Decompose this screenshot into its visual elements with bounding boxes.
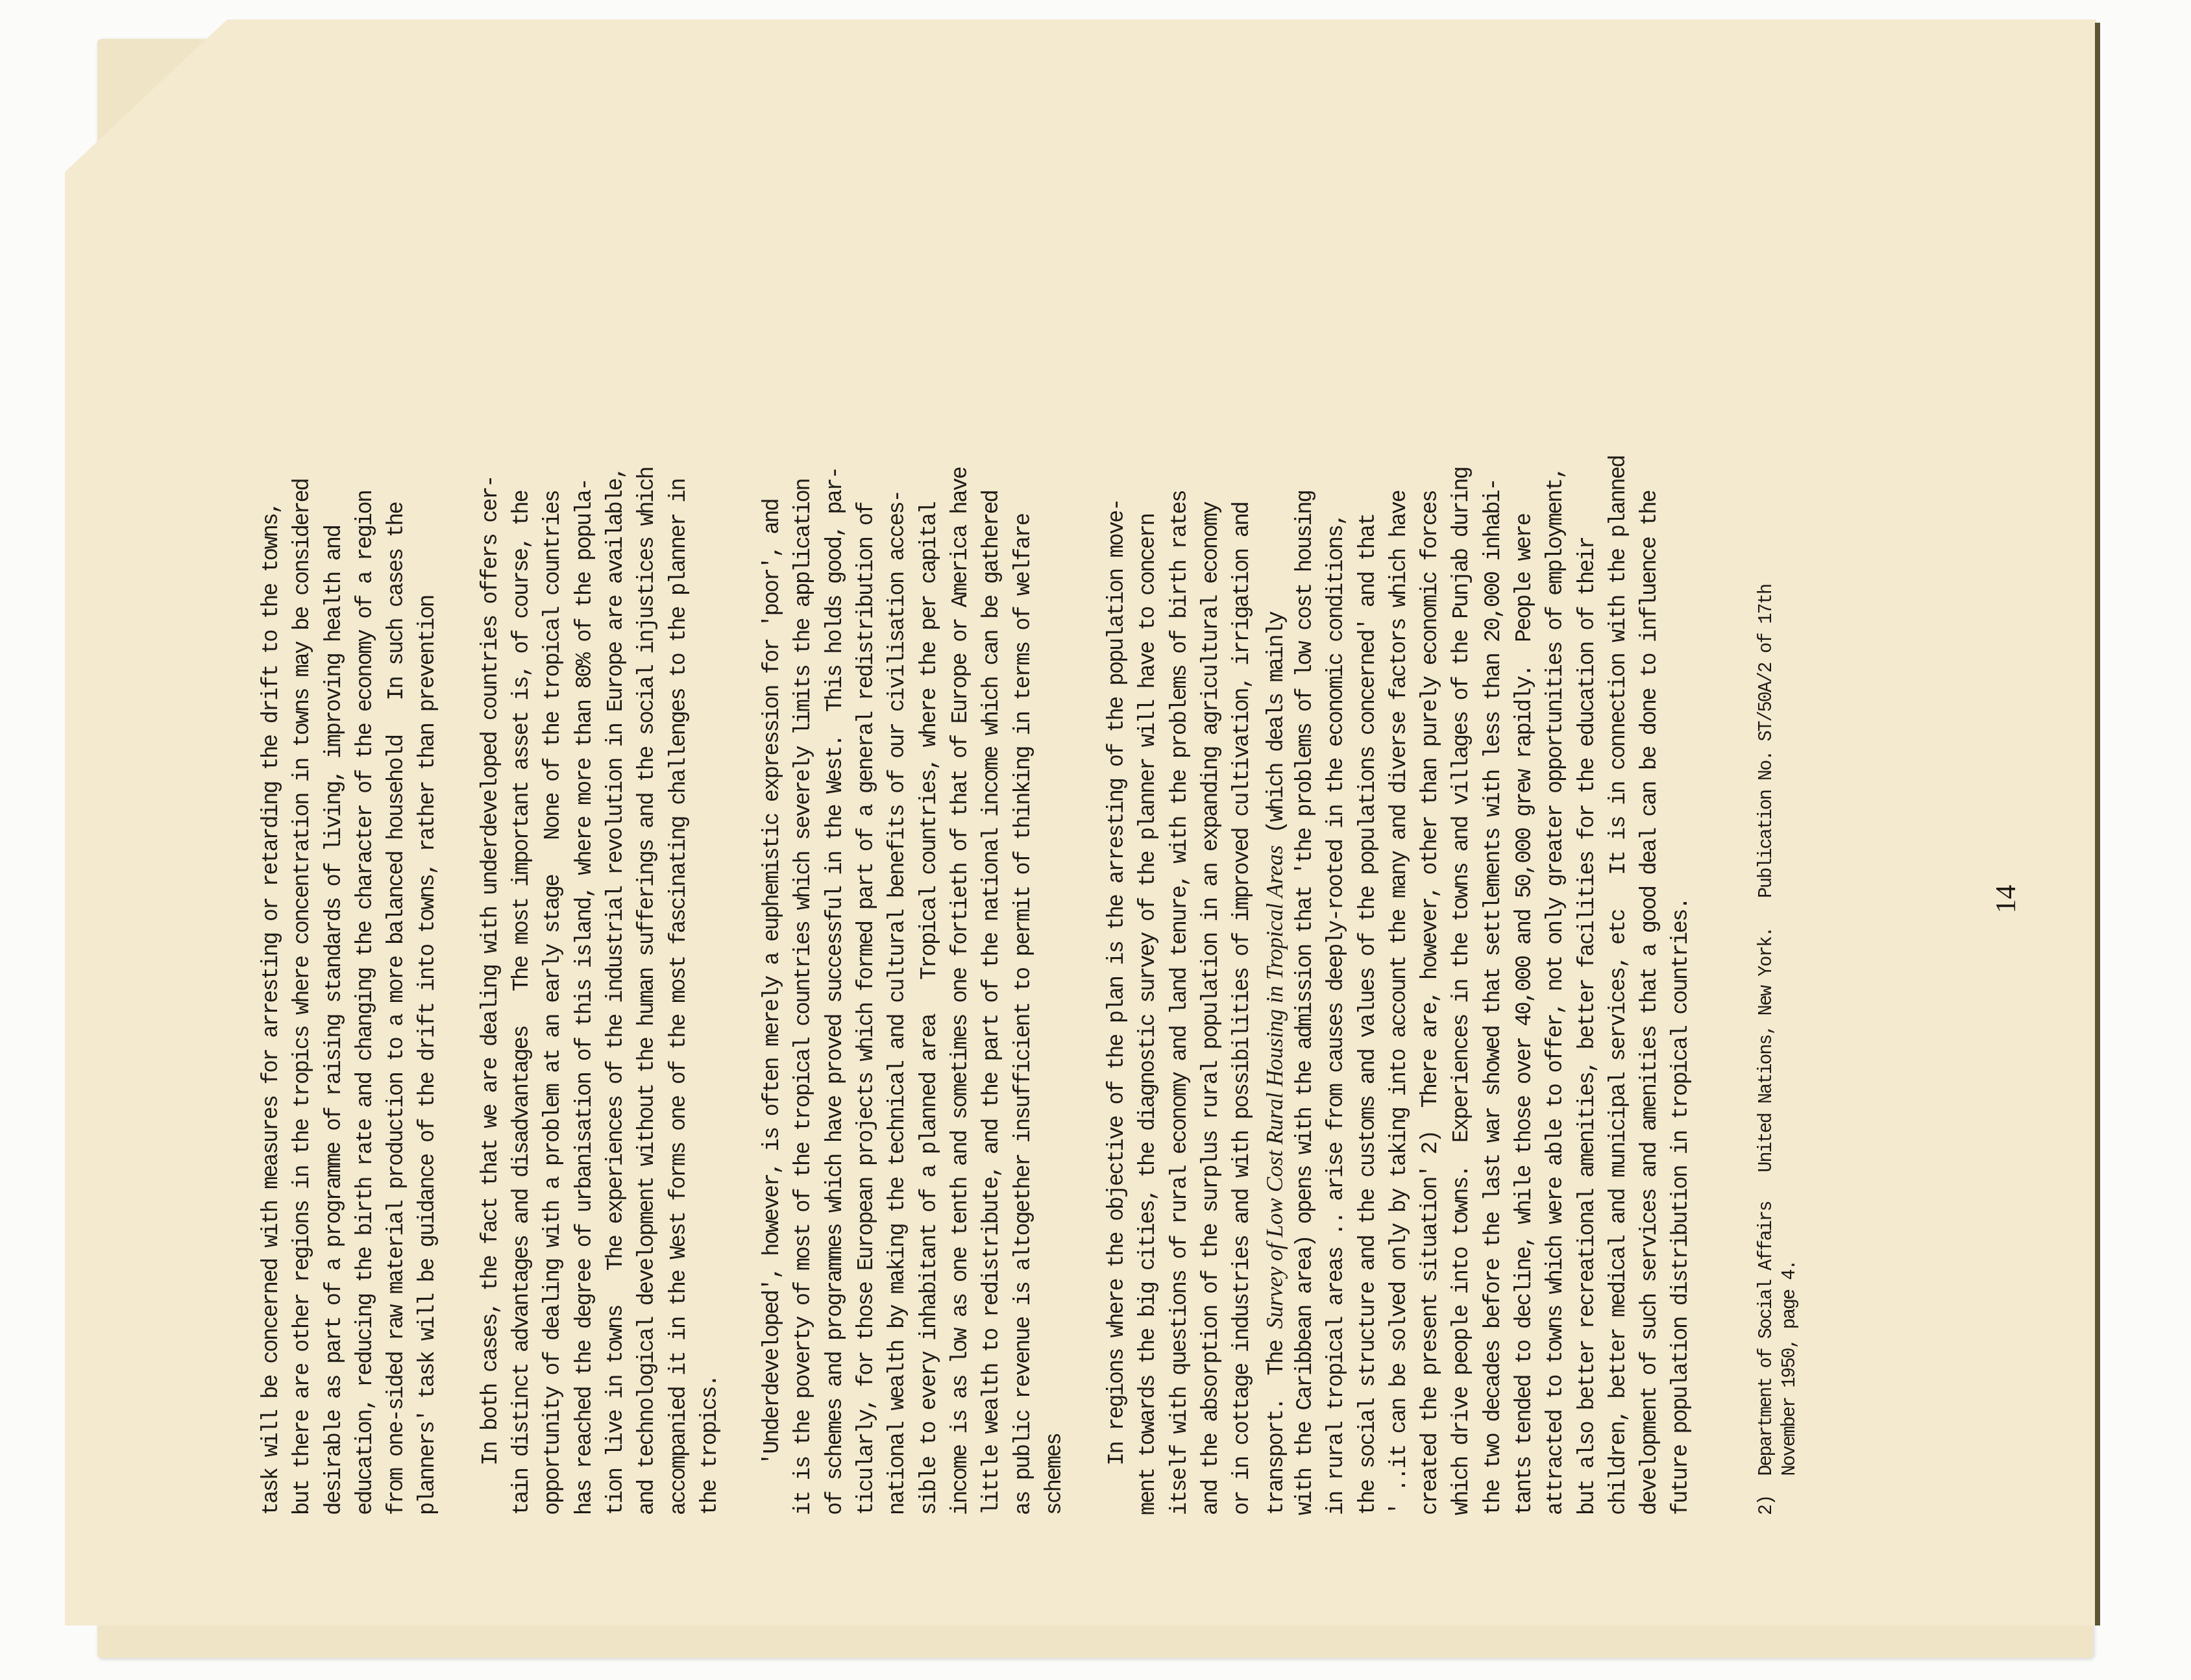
text-line: planners' task will be guidance of the d… bbox=[413, 243, 444, 1515]
paragraph-p3: 'Underdeveloped', however, is often mere… bbox=[757, 217, 1071, 1515]
text-line: attracted to towns which were able to of… bbox=[1541, 243, 1572, 1515]
paragraph-p1: task will be concerned with measures for… bbox=[256, 217, 445, 1515]
paragraph-p4: In regions where the objective of the pl… bbox=[1102, 217, 1698, 1515]
text-line: future population distribution in tropic… bbox=[1666, 243, 1697, 1515]
text-line: income is as low as one tenth and someti… bbox=[946, 243, 977, 1515]
footnote: 2) Department of Social Affairs United N… bbox=[1755, 217, 1802, 1515]
text-line: of schemes and programmes which have pro… bbox=[820, 243, 851, 1515]
footnote-line: November 1950, page 4. bbox=[1778, 243, 1802, 1515]
text-line: development of such services and ameniti… bbox=[1635, 243, 1666, 1515]
footnote-line: 2) Department of Social Affairs United N… bbox=[1755, 243, 1778, 1515]
text-line: but also better recreational amenities, … bbox=[1573, 243, 1604, 1515]
text-line: transport. The Survey of Low Cost Rural … bbox=[1259, 243, 1290, 1515]
text-line: opportunity of dealing with a problem at… bbox=[538, 243, 569, 1515]
text-line: has reached the degree of urbanisation o… bbox=[570, 243, 601, 1515]
text-line: little wealth to redistribute, and the p… bbox=[977, 243, 1008, 1515]
text-line: 'Underdeveloped', however, is often mere… bbox=[757, 243, 789, 1515]
text-line: the social structure and the customs and… bbox=[1353, 243, 1384, 1515]
text-line: education, reducing the birth rate and c… bbox=[350, 243, 382, 1515]
text-line: tion live in towns The experiences of th… bbox=[601, 243, 632, 1515]
text-line: which drive people into towns. Experienc… bbox=[1447, 243, 1478, 1515]
text-line: or in cottage industries and with possib… bbox=[1227, 243, 1258, 1515]
paragraph-gap bbox=[1071, 217, 1102, 1515]
text-line: the tropics. bbox=[695, 243, 726, 1515]
text-line: ment towards the big cities, the diagnos… bbox=[1133, 243, 1164, 1515]
text-line: as public revenue is altogether insuffic… bbox=[1009, 243, 1040, 1515]
text-line: In regions where the objective of the pl… bbox=[1102, 243, 1133, 1515]
text-line: children, better medical and municipal s… bbox=[1604, 243, 1635, 1515]
paragraph-gap bbox=[726, 217, 757, 1515]
text-line: In both cases, the fact that we are deal… bbox=[476, 243, 507, 1515]
text-line: tain distinct advantages and disadvantag… bbox=[507, 243, 538, 1515]
text-line: task will be concerned with measures for… bbox=[256, 243, 288, 1515]
text-line: from one-sided raw material production t… bbox=[382, 243, 413, 1515]
text-line: schemes bbox=[1040, 243, 1071, 1515]
text-line: ticularly, for those European projects w… bbox=[851, 243, 883, 1515]
text-line: the two decades before the last war show… bbox=[1478, 243, 1510, 1515]
text-line: tants tended to decline, while those ove… bbox=[1510, 243, 1541, 1515]
text-line: it is the poverty of most of the tropica… bbox=[789, 243, 820, 1515]
text-line: and the absorption of the surplus rural … bbox=[1196, 243, 1227, 1515]
text-line: desirable as part of a programme of rais… bbox=[319, 243, 350, 1515]
text-line: ' ..it can be solved only by taking into… bbox=[1384, 243, 1415, 1515]
text-line: national wealth by making the technical … bbox=[883, 243, 914, 1515]
text-line: itself with questions of rural economy a… bbox=[1165, 243, 1196, 1515]
italic-title: Survey of Low Cost Rural Housing in Trop… bbox=[1262, 845, 1288, 1329]
paragraph-gap bbox=[445, 217, 476, 1515]
text-line: sible to every inhabitant of a planned a… bbox=[914, 243, 946, 1515]
text-line: in rural tropical areas .. arise from ca… bbox=[1321, 243, 1353, 1515]
page-number: 14 bbox=[1989, 885, 2022, 914]
text-line: created the present situation' 2) There … bbox=[1415, 243, 1447, 1515]
paragraph-p2: In both cases, the fact that we are deal… bbox=[476, 217, 726, 1515]
page-edge-shadow bbox=[2095, 23, 2100, 1625]
text-line: with the Caribbean area) opens with the … bbox=[1290, 243, 1321, 1515]
text-line: accompanied it in the West forms one of … bbox=[664, 243, 695, 1515]
text-line: but there are other regions in the tropi… bbox=[288, 243, 319, 1515]
text-line: and technological development without th… bbox=[632, 243, 663, 1515]
rotated-text-body: task will be concerned with measures for… bbox=[256, 217, 1827, 1515]
